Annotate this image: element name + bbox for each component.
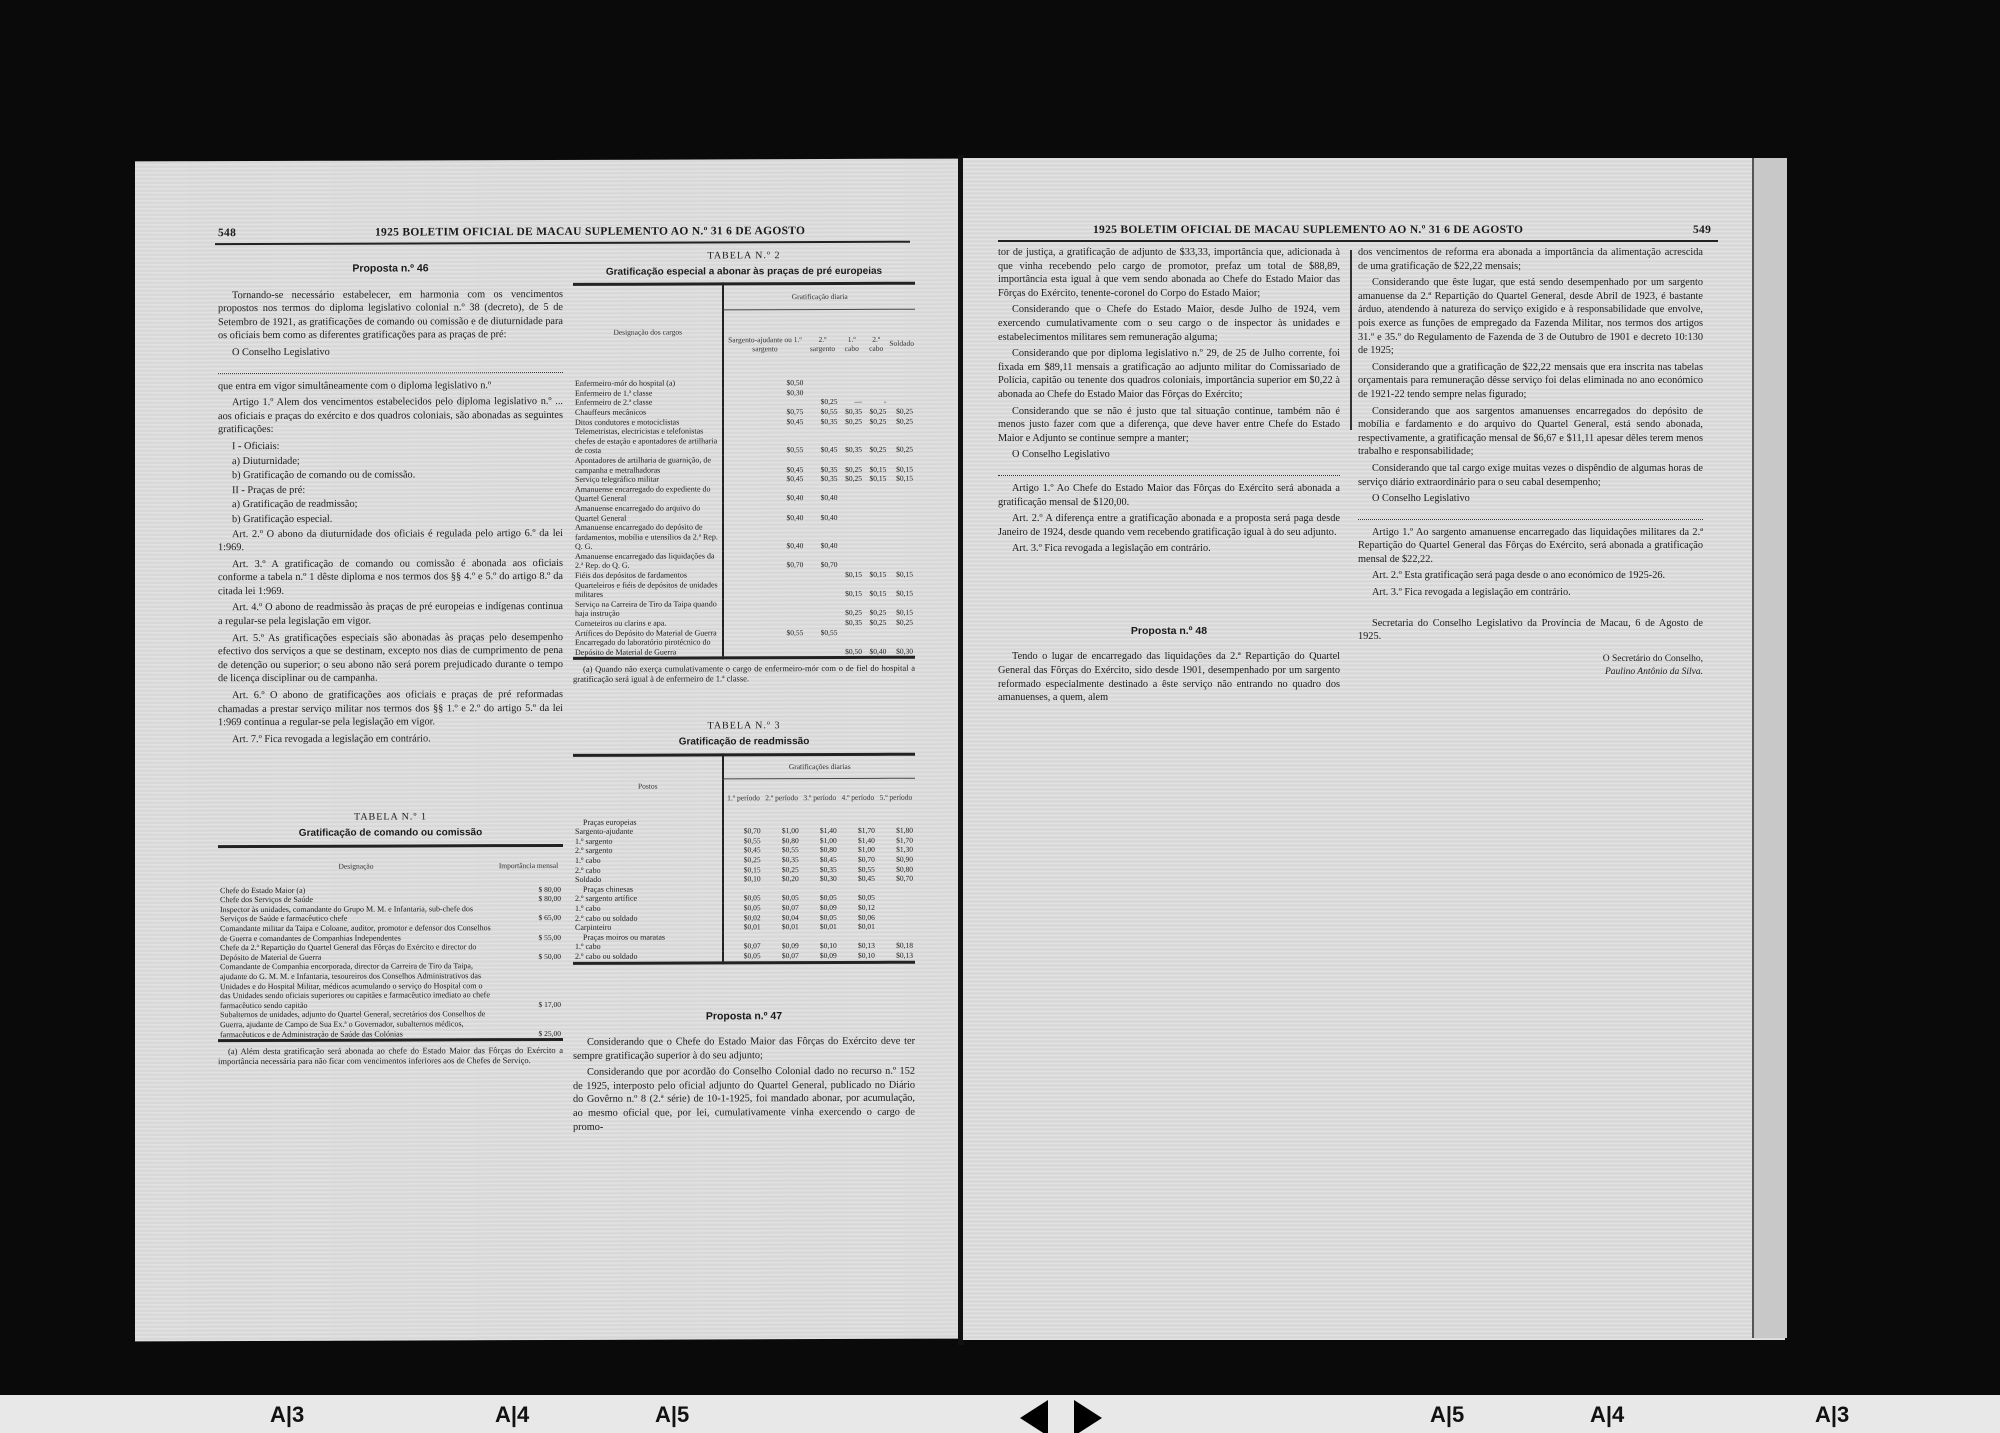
- paragraph: tor de justiça, a gratificação de adjunt…: [998, 246, 1340, 300]
- tabela-2-title: TABELA N.º 2: [573, 249, 915, 264]
- film-mark: A|5: [655, 1402, 689, 1428]
- list-item: I - Oficiais:: [218, 439, 563, 454]
- article: Art. 3.º Fica revogada a legislação em c…: [998, 542, 1340, 556]
- table-row: Carpinteiro$0,01$0,01$0,01$0,01: [573, 922, 915, 933]
- film-mark: A|5: [1430, 1402, 1464, 1428]
- column-header: Sargento-ajudante ou 1.º sargento: [723, 310, 805, 379]
- tabela-1-subtitle: Gratificação de comando ou comissão: [218, 826, 563, 841]
- dotted-line: [218, 362, 563, 374]
- article: Artigo 1.º Ao Chefe do Estado Maior das …: [998, 482, 1340, 509]
- right-column-1: tor de justiça, a gratificação de adjunt…: [998, 246, 1340, 708]
- column-header: Designação: [218, 845, 494, 885]
- signature-title: O Secretário do Conselho,: [1358, 653, 1703, 666]
- column-header: 2.º sargento: [805, 310, 839, 379]
- tabela-3-subtitle: Gratificação de readmissão: [573, 735, 915, 750]
- table-row: Comandante de Companhia encorporada, dir…: [218, 961, 563, 1010]
- page-number-left: 548: [218, 227, 236, 239]
- tabela-3-title: TABELA N.º 3: [573, 719, 915, 734]
- article: Art. 2.º A diferença entre a gratificaçã…: [998, 512, 1340, 539]
- left-column-2: TABELA N.º 2 Gratificação especial a abo…: [573, 247, 915, 1137]
- table-row: Serviço na Carreira de Tiro da Taipa qua…: [573, 599, 915, 619]
- column-header: 1.º cabo: [840, 310, 864, 379]
- left-page: 548 1925 BOLETIM OFICIAL DE MACAU SUPLEM…: [135, 159, 958, 1342]
- table-row: Inspector às unidades, comandante do Gru…: [218, 904, 563, 924]
- paragraph: que entra em vigor simultâneamente com o…: [218, 379, 563, 394]
- table-row: Quarteleiros e fiéis de depósitos de uni…: [573, 579, 915, 599]
- paragraph: Considerando que por diploma legislativo…: [998, 347, 1340, 401]
- paragraph: Tendo o lugar de encarregado das liquida…: [998, 650, 1340, 704]
- list-item: II - Praças de pré:: [218, 483, 563, 498]
- tabela-1-title: TABELA N.º 1: [218, 810, 563, 825]
- tabela-2-footnote: (a) Quando não exerça cumulativamente o …: [573, 663, 915, 684]
- column-header: Designação dos cargos: [573, 284, 723, 379]
- table-row: Subalternos de unidades, adjunto do Quar…: [218, 1009, 563, 1040]
- article: Art. 5.º As gratificações especiais são …: [218, 631, 563, 687]
- film-mark: A|4: [1590, 1402, 1624, 1428]
- signature-name: Paulino Antônio da Silva.: [1605, 667, 1703, 677]
- article: Art. 7.º Fica revogada a legislação em c…: [218, 732, 563, 747]
- table-row: 1.º cabo$0,05$0,07$0,09$0,12: [573, 903, 915, 914]
- proposta-46-title: Proposta n.º 46: [218, 262, 563, 277]
- paragraph: Considerando que aos sargentos amanuense…: [1358, 405, 1703, 459]
- film-mark: A|4: [495, 1402, 529, 1428]
- running-head-left: 1925 BOLETIM OFICIAL DE MACAU SUPLEMENTO…: [375, 225, 805, 239]
- paragraph: Considerando que êste lugar, que está se…: [1358, 276, 1703, 358]
- paragraph: Considerando que a gratificação de $22,2…: [1358, 361, 1703, 402]
- table-row: Telemetristas, electricistas e telefonis…: [573, 426, 915, 456]
- paragraph: Considerando que por acordão do Conselho…: [573, 1065, 915, 1134]
- column-header: Importância mensal: [494, 845, 563, 885]
- article: Art. 2.º Esta gratificação será paga des…: [1358, 569, 1703, 583]
- tabela-2: Designação dos cargos Gratificação diari…: [573, 282, 915, 660]
- table-row: 1.º cabo$0,25$0,35$0,45$0,70$0,90: [573, 855, 915, 866]
- table-row: Amanuense encarregado do expediente do Q…: [573, 483, 915, 503]
- article: Art. 3.º A gratificação de comando ou co…: [218, 557, 563, 599]
- proposta-47-title: Proposta n.º 47: [573, 1009, 915, 1024]
- dotted-line: [1358, 509, 1703, 520]
- dotted-line: [998, 465, 1340, 476]
- tabela-1: Designação Importância mensal Chefe do E…: [218, 844, 563, 1043]
- paragraph: O Conselho Legislativo: [998, 448, 1340, 462]
- column-divider: [1350, 250, 1352, 430]
- tabela-1-footnote: (a) Além desta gratificação será abonada…: [218, 1045, 563, 1066]
- table-row: Soldado$0,10$0,20$0,30$0,45$0,70: [573, 874, 915, 885]
- paragraph: O Conselho Legislativo: [218, 345, 563, 360]
- table-row: Amanuense encarregado do depósito de far…: [573, 522, 915, 552]
- paragraph: dos vencimentos de reforma era abonada a…: [1358, 246, 1703, 273]
- tabela-2-subtitle: Gratificação especial a abonar às praças…: [573, 264, 915, 279]
- article: Artigo 1.º Ao sargento amanuense encarre…: [1358, 526, 1703, 567]
- film-mark: A|3: [1815, 1402, 1849, 1428]
- paragraph: Considerando que o Chefe do Estado Maior…: [573, 1035, 915, 1063]
- table-row: Encarregado do laboratório pirotécnico d…: [573, 637, 915, 659]
- page-edge: [1752, 158, 1787, 1338]
- article: Art. 6.º O abono de gratificações aos of…: [218, 688, 563, 730]
- paragraph: Considerando que o Chefe do Estado Maior…: [998, 303, 1340, 344]
- paragraph: Considerando que tal cargo exige muitas …: [1358, 462, 1703, 489]
- table-row: Apontadores de artilharia de guarnição, …: [573, 455, 915, 475]
- list-item: b) Gratificação especial.: [218, 512, 563, 527]
- column-header: 2.º cabo: [864, 309, 888, 378]
- table-row: Amanuense encarregado das liquidações da…: [573, 551, 915, 571]
- table-row: 2.º cabo ou soldado$0,05$0,07$0,09$0,10$…: [573, 951, 915, 963]
- header-rule: [215, 241, 910, 245]
- table-row: Amanuense encarregado do arquivo do Quar…: [573, 503, 915, 523]
- left-column-1: Proposta n.º 46 Tornando-se necessário e…: [218, 256, 563, 1066]
- group-header: Gratificação diaria: [723, 283, 915, 310]
- list-item: a) Gratificação de readmissão;: [218, 497, 563, 512]
- table-row: Chefe da 2.ª Repartição do Quartel Gener…: [218, 942, 563, 962]
- article: Art. 4.º O abono de readmissão às praças…: [218, 600, 563, 628]
- running-head-right: 1925 BOLETIM OFICIAL DE MACAU SUPLEMENTO…: [1093, 224, 1523, 236]
- paragraph: Artigo 1.º Alem dos vencimentos estabele…: [218, 395, 563, 437]
- column-header: Soldado: [888, 309, 915, 378]
- article: Art. 2.º O abono da diuturnidade dos ofi…: [218, 526, 563, 554]
- paragraph: Tornando-se necessário estabelecer, em h…: [218, 288, 563, 344]
- group-header: Gratificações diarias: [723, 754, 915, 779]
- tabela-3: Postos Gratificações diarias 1.º período…: [573, 752, 915, 964]
- table-row: Comandante militar da Taipa e Coloane, a…: [218, 923, 563, 943]
- paragraph: Considerando que se não é justo que tal …: [998, 405, 1340, 446]
- film-mark: A|3: [270, 1402, 304, 1428]
- paragraph: O Conselho Legislativo: [1358, 492, 1703, 506]
- right-page: 1925 BOLETIM OFICIAL DE MACAU SUPLEMENTO…: [963, 158, 1785, 1340]
- list-item: b) Gratificação de comando ou de comissã…: [218, 468, 563, 483]
- article: Art. 3.º Fica revogada a legislação em c…: [1358, 586, 1703, 600]
- column-header: Postos: [573, 754, 723, 817]
- header-rule: [998, 240, 1718, 242]
- right-column-2: dos vencimentos de reforma era abonada a…: [1358, 246, 1703, 679]
- list-item: a) Diuturnidade;: [218, 453, 563, 468]
- page-number-right: 549: [1693, 224, 1711, 236]
- closing-line: Secretaria do Conselho Legislativo da Pr…: [1358, 617, 1703, 644]
- proposta-48-title: Proposta n.º 48: [998, 625, 1340, 639]
- table-header-row: Designação Importância mensal: [218, 845, 563, 886]
